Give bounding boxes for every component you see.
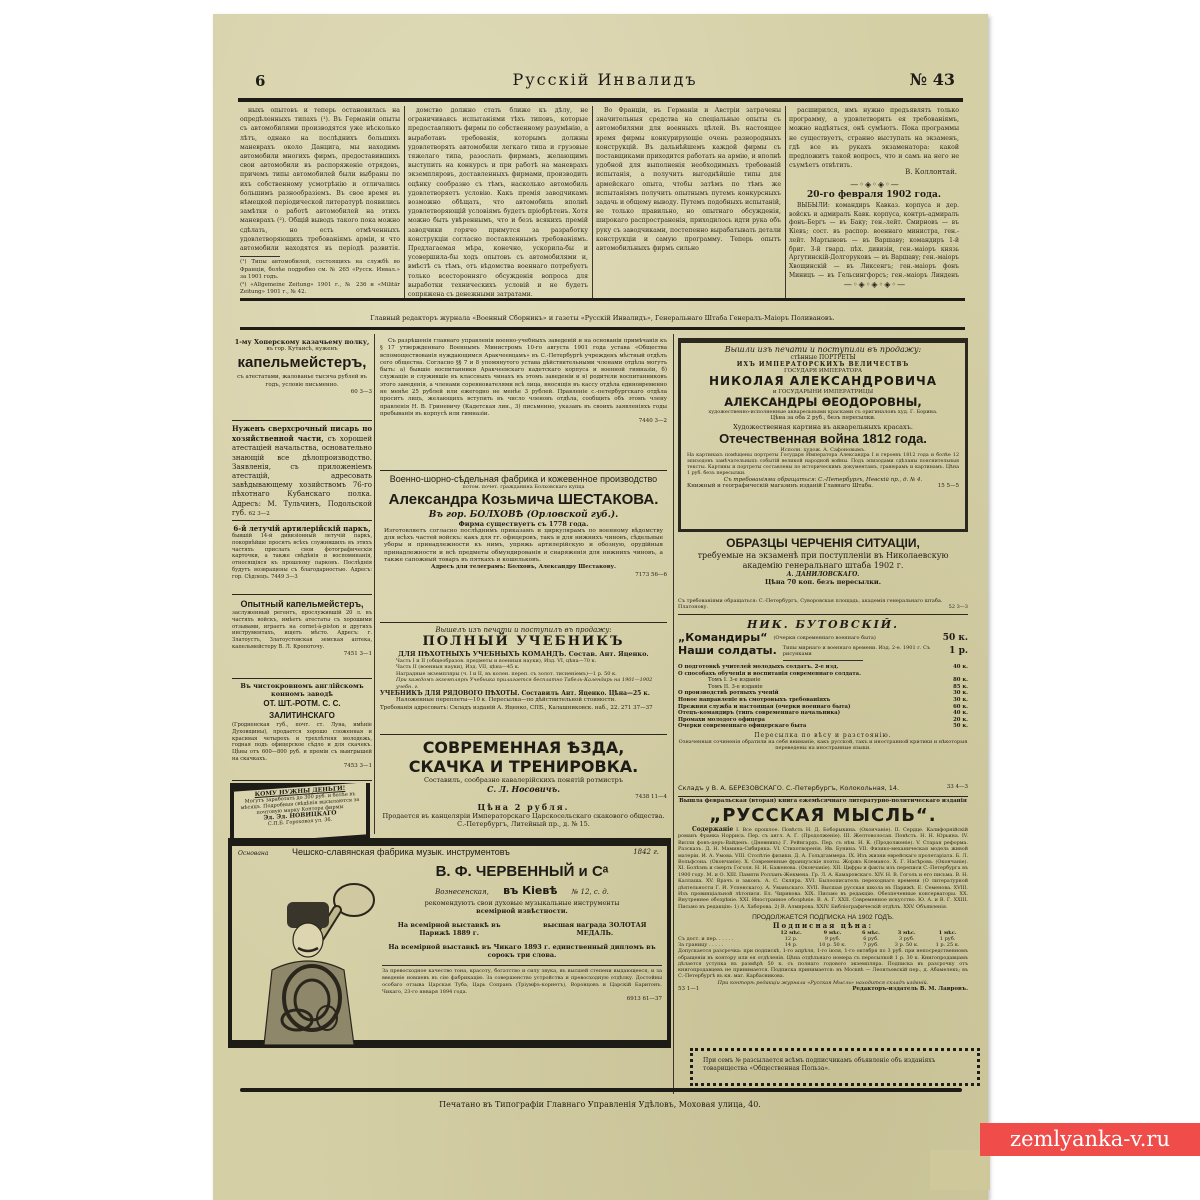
footer-rule	[240, 1088, 962, 1092]
ad-infantry-textbook: Вышелъ изъ печати и поступилъ въ продажу…	[380, 626, 667, 730]
column-divider	[374, 334, 375, 834]
ad-artillery-park: 6-й летучій артилерійскій паркъ, бывшій …	[232, 524, 372, 590]
book-list-item: Очерки современнаго офицерскаго быта50 к…	[678, 723, 968, 730]
column-divider	[592, 106, 593, 300]
ad-imperial-portraits: Вышли изъ печати и поступили въ продажу:…	[678, 338, 968, 532]
article-signature: В. Коллонтай.	[789, 168, 957, 180]
ad-russkaya-mysl: Вышла февральская (вторая) книга ежемѣся…	[678, 798, 968, 1043]
book-list-item: Томъ I. 3-е изданіе80 к.	[678, 677, 968, 684]
section-rule	[240, 298, 965, 301]
notice-box: При семъ № разсылается всѣмъ подписчикам…	[690, 1048, 980, 1086]
ornament-divider: —◦◈◦◈◦—	[820, 180, 930, 189]
ad-shestakov-saddlery: Военно-шорно-сѣдельная фабрика и кожевен…	[380, 474, 667, 614]
column-divider	[404, 106, 405, 300]
newspaper-title: Русскій Инвалидъ	[255, 70, 955, 89]
footnote-1: (¹) Типы автомобилей, состоящихъ на служ…	[240, 259, 400, 282]
column-divider	[785, 106, 786, 300]
butovsky-depot: Складъ у В. А. БЕРЕЗОВСКАГО. С.-Петербур…	[678, 784, 968, 796]
article-text: ныхъ опытовъ и теперь остановилась на оп…	[240, 106, 400, 254]
ad-clerk-wanted: Нуженъ сверхсрочный писарь по хозяйствен…	[232, 424, 372, 516]
book-list-item: О способахъ обученія и воспитанія соврем…	[678, 671, 968, 678]
article-text: Во Франціи, въ Германіи и Австріи затрач…	[596, 106, 781, 253]
masthead-rule	[238, 98, 963, 102]
page-corner	[930, 1150, 990, 1190]
book-list: О подготовкѣ учителей молодыхъ солдатъ. …	[678, 664, 968, 730]
printer-imprint: Печатано въ Типографіи Главнаго Управлен…	[250, 1100, 950, 1109]
ad-experienced-kapellmeister: Опытный капельмейстеръ, заслуженный реге…	[232, 598, 372, 674]
article-column-3: Во Франціи, въ Германіи и Австріи затрач…	[596, 106, 781, 300]
ad-situation-drawings: ОБРАЗЦЫ ЧЕРЧЕНІЯ СИТУАЦІИ, требуемые на …	[678, 536, 968, 594]
orders-text: ВЫБЫЛИ: командиръ Кавказ. корпуса и дер.…	[789, 202, 959, 280]
masthead: 6 Русскій Инвалидъ № 43	[255, 70, 955, 96]
issue-number: № 43	[910, 70, 955, 89]
column-divider	[673, 334, 674, 1094]
orders-heading: 20-го февраля 1902 года.	[789, 190, 959, 200]
article-text: расширился, имъ нужно предъявлять только…	[789, 106, 959, 168]
watermark-badge[interactable]: zemlyanka-v.ru	[980, 1123, 1200, 1156]
section-rule	[240, 327, 965, 330]
footnotes: (¹) Типы автомобилей, состоящихъ на служ…	[240, 256, 400, 302]
article-text: домство должно стать ближе къ дѣлу, не о…	[408, 106, 588, 299]
editor-line: Главный редакторъ журнала «Военный Сборн…	[240, 314, 965, 322]
book-list-item: Новое направленіе въ смотровыхъ требован…	[678, 697, 968, 704]
ad-kapellmeister: 1-му Хоперскому казачьему полку, въ гор.…	[232, 338, 372, 420]
ornament-divider: —◦◈◦◈◦◈◦—	[820, 280, 930, 289]
ad-money-stamp: КОМУ НУЖНЫ ДЕНЬГИ! Могутъ заработать до …	[230, 783, 370, 843]
book-list-item: О производствѣ ротныхъ ученій30 к.	[678, 690, 968, 697]
footnote-2: (²) «Allgemeine Zeitung» 1901 г., № 236 …	[240, 282, 400, 297]
article-column-2: домство должно стать ближе къ дѣлу, не о…	[408, 106, 588, 300]
ad-chervenny-instruments: Основана Чешско-славянская фабрика музык…	[228, 838, 671, 1048]
ad-situation-contact: Съ требованіями обращаться: С.-Петербург…	[678, 598, 968, 612]
ad-butovsky-books: НИК. БУТОВСКІЙ. „Командиры“ (Очерки совр…	[678, 618, 968, 788]
article-column-4: расширился, имъ нужно предъявлять только…	[789, 106, 959, 168]
book-list-item: Отецъ-командиръ (типъ современнаго начал…	[678, 710, 968, 717]
book-list-item: О подготовкѣ учителей молодыхъ солдатъ. …	[678, 664, 968, 671]
ad-riding-book: СОВРЕМЕННАЯ ѢЗДА, СКАЧКА И ТРЕНИРОВКА. С…	[380, 738, 667, 834]
article-column-1: ныхъ опытовъ и теперь остановилась на оп…	[240, 106, 400, 254]
ad-stud-farm: Въ чистокровномъ англійскомъ конномъ зав…	[232, 682, 372, 778]
subscription-price-table: 12 мѣс.9 мѣс.6 мѣс.3 мѣс.1 мѣс.Съ дост. …	[678, 930, 968, 948]
musician-with-tuba-illustration	[242, 880, 382, 1045]
ad-arakcheev-society: Съ разрѣшенія главнаго управленія военно…	[380, 338, 667, 450]
